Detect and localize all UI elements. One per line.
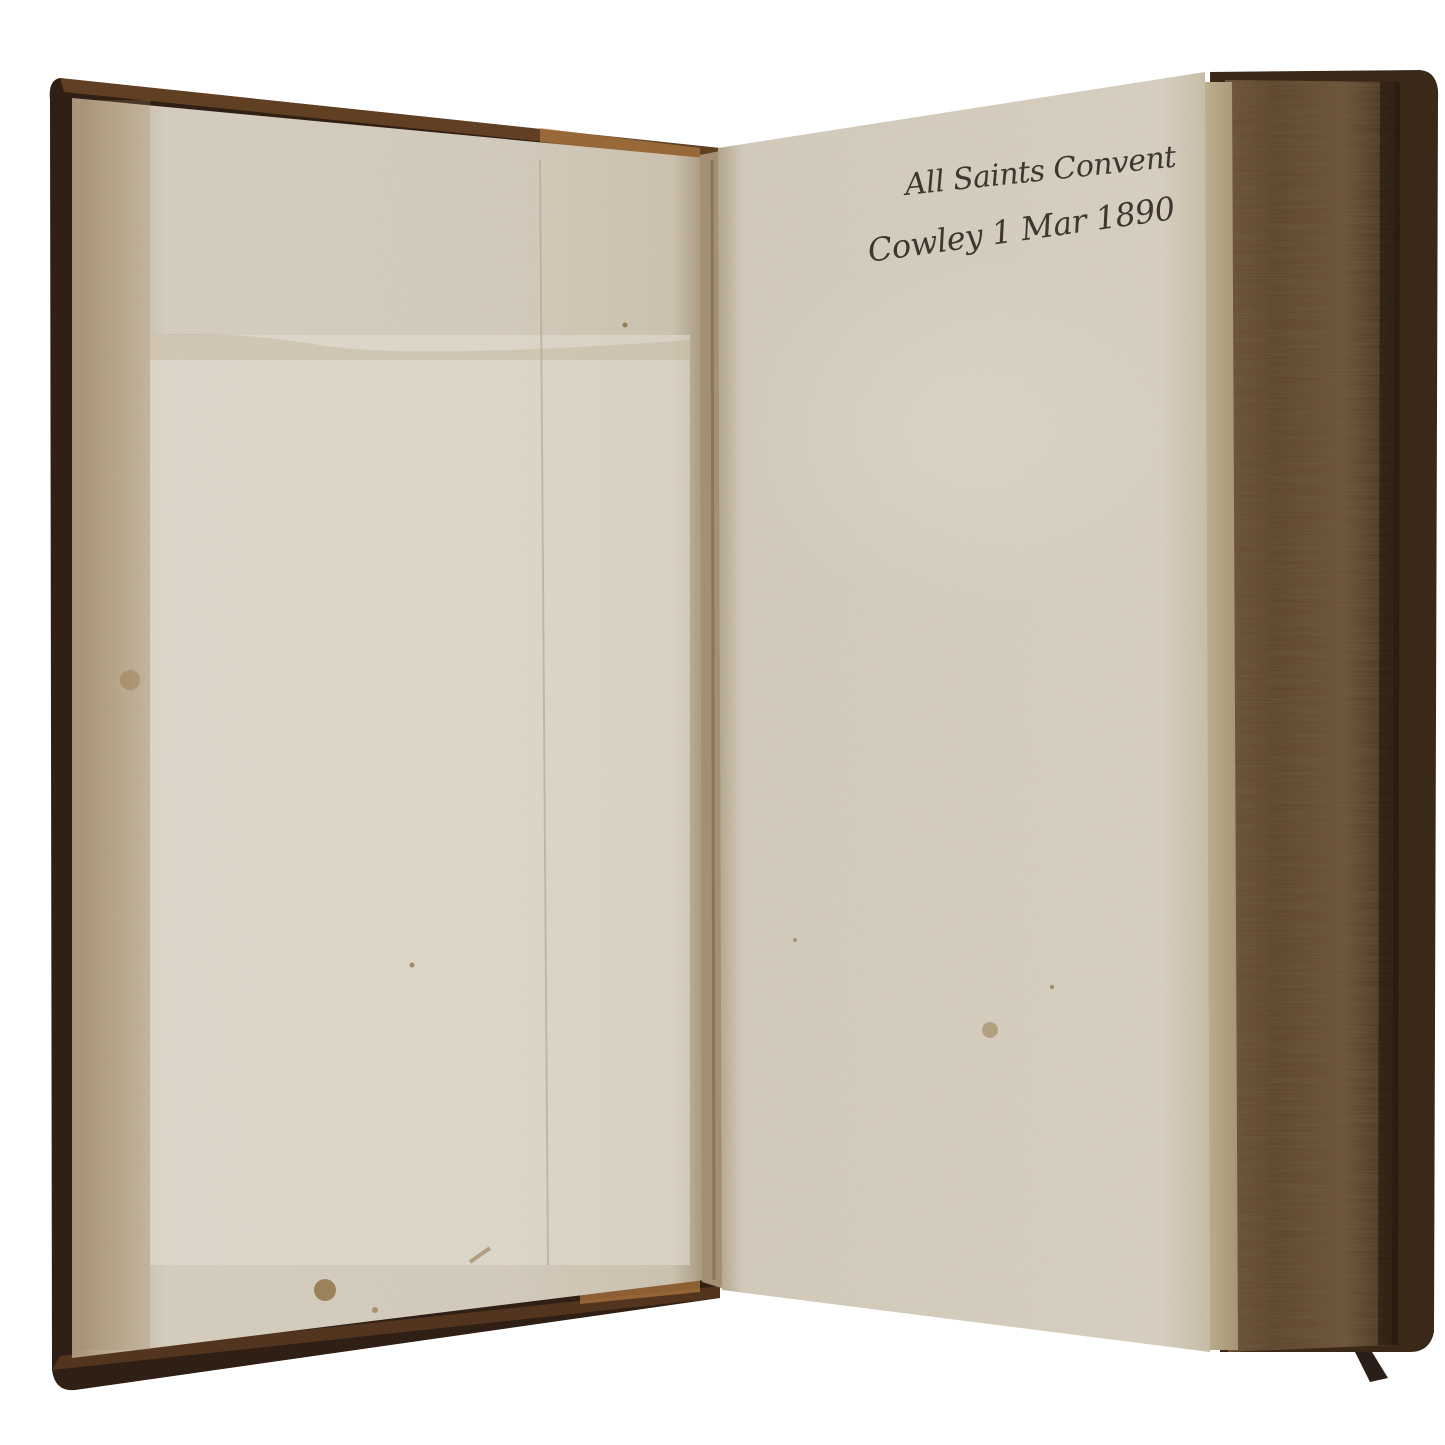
ribbon-bookmark [1355,1352,1388,1382]
book-photo: All Saints Convent Cowley 1 Mar 1890 [0,0,1445,1445]
open-book-illustration [0,0,1445,1445]
